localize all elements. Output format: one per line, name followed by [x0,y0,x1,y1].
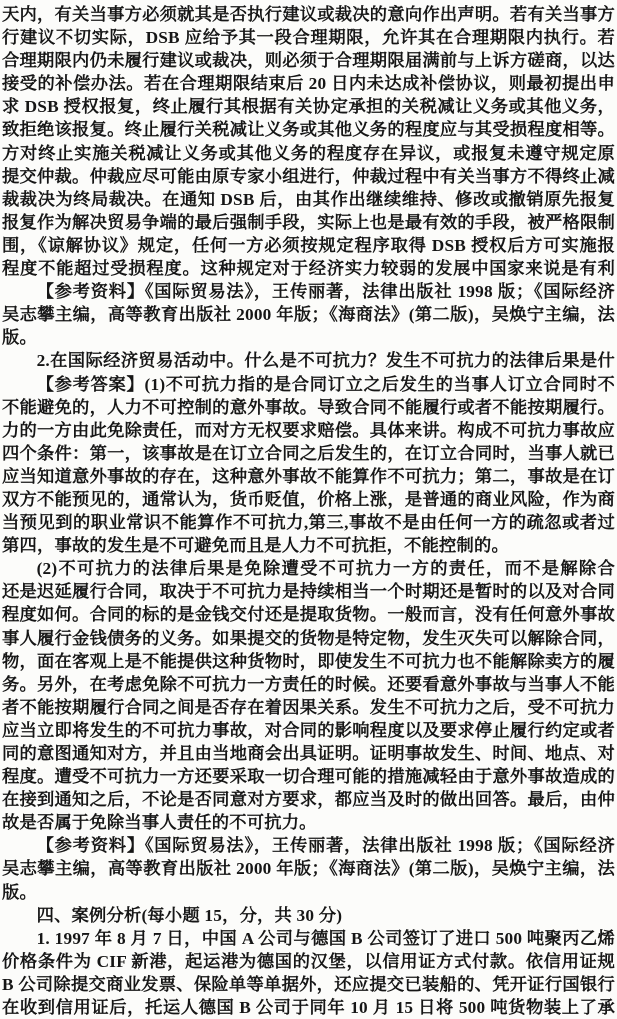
text-line: 版。 [2,326,615,349]
text-line: 吴志攀主编，高等教育出版社 2000 年版；《海商法》(第二版)，吴焕宁主编，法… [2,303,615,326]
text-line: 第四，事故的发生是不可避免而且是人力不可抗拒，不能控制的。 [2,534,615,557]
text-line: 四个条件：第一，该事故是在订立合同之后发生的，在订立合同时，当事人就已经知道或者 [2,442,615,465]
text-line: 程度不能超过受损程度。这种规定对于经济实力较弱的发展中国家来说是有利的。 [2,257,615,280]
text-line: 裁裁决为终局裁决。在通知 DSB 后，由其作出继续维持、修改或撤销原先报复授权决… [2,188,615,211]
text-line: 价格条件为 CIF 新港，起运港为德国的汉堡，以信用证方式付款。依信用证规定受益… [2,950,615,973]
text-line: (2)不可抗力的法律后果是免除遭受不可抗力一方的责任，而不是解除合同。解除台同 [2,557,615,580]
text-line: 当预见到的职业常识不能算作不可抗力,第三,事故不是由任何一方的疏忽或者过失引起的… [2,511,615,534]
text-line: B 公司除提交商业发票、保险单等单据外，还应提交已装船的、凭开证行国银行指示的提… [2,973,615,996]
text-line: 致拒绝该报复。终止履行关税减让义务或其他义务的程度应与其受损程度相等。若有关缔约 [2,118,615,141]
text-line: 还是迟延履行合同，取决于不可抗力是持续相当一个时期还是暂时的以及对合同履行的影响 [2,580,615,603]
text-line: 报复作为解决贸易争端的最后强制手段，实际上也是最有效的手段，被严格限制了其适用范 [2,211,615,234]
text-line: 【参考答案】(1)不可抗力指的是合同订立之后发生的当事人订立合同时不能预见的， [2,373,615,396]
text-line: 在收到信用证后，托运人德国 B 公司于同年 10 月 15 日将 500 吨货物… [2,996,615,1019]
scanned-document-page: 天内，有关当事方必须就其是否执行建议或裁决的意向作出声明。若有关当事方认为立即履… [0,0,617,1019]
text-line: 合理期限内仍未履行建议或裁决，则必须于合理期限届满前与上诉方磋商，以达成为各方所 [2,49,615,72]
text-line: 物，面在客观上是不能提供这种货物时，即使发生不可抗力也不能解除卖方的履行合同的义 [2,650,615,673]
text-line: 版。 [2,881,615,904]
text-line: 不能避免的，人力不可控制的意外事故。导致合同不能履行或者不能按期履行。遭受不可抗 [2,396,615,419]
text-line: 事人履行金钱债务的义务。如果提交的货物是特定物，发生灭失可以解除合同，如果是种类 [2,627,615,650]
text-line: 程度如何。合同的标的是金钱交付还是提取货物。一般而言，没有任何意外事故可以解除当 [2,603,615,626]
text-line: 【参考资料】《国际贸易法》，王传丽著，法律出版社 1998 版；《国际经济法》，… [2,834,615,857]
text-line: 2.在国际经济贸易活动中。什么是不可抗力？发生不可抗力的法律后果是什么？ [2,349,615,372]
text-line: 者不能按期履行合同之间是否存在着因果关系。发生不可抗力之后，受不可抗力影响的一方 [2,696,615,719]
text-line: 接受的补偿办法。若在合理期限结束后 20 日内未达成补偿协议，则最初提出申诉一方… [2,72,615,95]
text-line: 吴志攀主编，高等教育出版社 2000 年版；《海商法》(第二版)，吴焕宁主编，法… [2,857,615,880]
text-line: 提交仲裁。仲裁应尽可能由原专家小组进行，仲裁过程中有关当事方不得终止减让义务。仲 [2,165,615,188]
text-line: 双方不能预见的，通常认为，货币贬值，价格上涨，是普通的商业风险，作为商人，这是应 [2,488,615,511]
text-line: 同的意图通知对方，并且由当地商会出具证明。证明事故发生、时间、地点、对合同的影响 [2,742,615,765]
text-line: 故是否属于免除当事人责任的不可抗力。 [2,811,615,834]
text-line: 应当知道意外事故的存在，这种意外事故不能算作不可抗力；第二，事故是在订立合同时， [2,465,615,488]
document-text-block: 天内，有关当事方必须就其是否执行建议或裁决的意向作出声明。若有关当事方认为立即履… [2,3,615,1019]
text-line: 【参考资料】《国际贸易法》，王传丽著，法律出版社 1998 版；《国际经济法》，… [2,280,615,303]
text-line: 力的一方由此免除责任，而对方无权要求赔偿。具体来讲。构成不可抗力事故应当具备以下 [2,419,615,442]
text-line: 围，《谅解协议》规定，任何一方必须按规定程序取得 DSB 授权后方可实施报复，并… [2,234,615,257]
text-line: 方对终止实施关税减让义务或其他义务的程度存在异议，或报复未遵守规定原则、程序，可 [2,142,615,165]
text-line: 四、案例分析(每小题 15，分，共 30 分) [2,904,615,927]
text-line: 1. 1997 年 8 月 7 日，中国 A 公司与德国 B 公司签订了进口 5… [2,927,615,950]
text-line: 在接到通知之后，不论是否同意对方要求，都应当及时的做出回答。最后，由仲裁庭确认事 [2,788,615,811]
text-line: 务。另外，在考虑免除不可抗力一方责任的时候。还要看意外事故与当事人不能履行合同或 [2,673,615,696]
text-line: 应当立即将发生的不可抗力事故，对合同的影响程度以及要求停止履行约定或者延期履行合 [2,719,615,742]
text-line: 求 DSB 授权报复，终止履行其根据有关协定承担的关税减让义务或其他义务，除非 … [2,95,615,118]
text-line: 天内，有关当事方必须就其是否执行建议或裁决的意向作出声明。若有关当事方认为立即履 [2,3,615,26]
text-line: 程度。遭受不可抗力一方还要采取一切合理可能的措施减轻由于意外事故造成的损失。对方 [2,765,615,788]
text-line: 行建议不切实际，DSB 应给予其一段合理期限，允许其在合理期限内执行。若该当事方… [2,26,615,49]
